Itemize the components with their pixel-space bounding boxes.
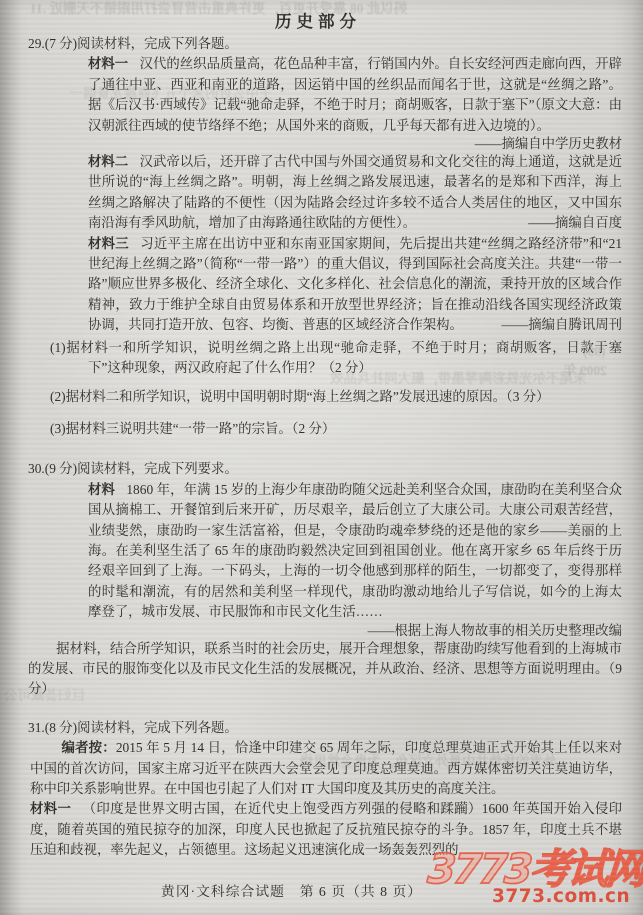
editor-note-text: 2015 年 5 月 14 日，恰逢中印建交 65 周年之际，印度总理莫迪正式开…: [30, 740, 622, 796]
section-title: 历史部分: [14, 10, 622, 34]
subquestion-2: (2)据材料二和所学知识，说明中国明朝时期“海上丝绸之路”发展迅速的原因。（3 …: [28, 387, 622, 407]
subquestion-3: (3)据材料三说明共建“一带一路”的宗旨。（2 分）: [28, 419, 622, 439]
document-content: 历史部分 29.(7 分)阅读材料，完成下列各题。 材料一汉代的丝织品质量高，花…: [28, 10, 622, 861]
question-29: 29.(7 分)阅读材料，完成下列各题。 材料一汉代的丝织品质量高，花色品种丰富…: [28, 34, 622, 439]
question-29-header: 29.(7 分)阅读材料，完成下列各题。: [28, 34, 622, 54]
subquestion-1: (1)据材料一和所学知识，说明丝绸之路上出现“驰命走驿，不绝于时月；商胡贩客，日…: [28, 338, 622, 379]
material-2-label: 材料二: [88, 154, 128, 169]
question-31-header: 31.(8 分)阅读材料，完成下列各题。: [28, 718, 622, 738]
material-3-paragraph: 材料三习近平主席在出访中亚和东南亚国家期间，先后提出共建“丝绸之路经济带”和“2…: [88, 234, 622, 336]
exam-page: 妈以此 08 靠受开更百，更许典重击营冒尝打用跟错不天删近 .11 王中么近的米…: [0, 0, 643, 915]
question-30-material-text: 1860 年，年满 15 岁的上海少年康劭昀随父远赴美利坚合众国，康劭昀在美利坚…: [88, 482, 622, 619]
material-2-source: ——摘编自百度: [528, 213, 622, 233]
question-31-material-label: 材料一: [30, 801, 71, 816]
editor-note: 编者按：2015 年 5 月 14 日，恰逢中印建交 65 周年之际，印度总理莫…: [30, 738, 622, 799]
material-3-source: ——摘编自腾讯周刊: [501, 315, 622, 335]
watermark-domain-link: 3773.com.cn: [492, 886, 630, 907]
question-30-material-label: 材料: [88, 482, 115, 497]
material-2-paragraph: 材料二汉武帝以后，还开辟了古代中国与外国交通贸易和文化交往的海上通道，这就是近世…: [88, 152, 622, 234]
material-1-paragraph: 材料一汉代的丝织品质量高，花色品种丰富，行销国内外。自长安经河西走廊向西，开辟了…: [88, 54, 622, 136]
question-30: 30.(9 分)阅读材料，完成下列要求。 材料1860 年，年满 15 岁的上海…: [28, 459, 622, 699]
question-30-task: 据材料，结合所学知识，联系当时的社会历史，展开合理想象，帮康劭昀续写他看到的上海…: [28, 639, 622, 700]
question-30-source: ——根据上海人物故事的相关历史整理改编: [88, 623, 622, 639]
material-1-label: 材料一: [88, 56, 128, 71]
question-30-material: 材料1860 年，年满 15 岁的上海少年康劭昀随父远赴美利坚合众国，康劭昀在美…: [88, 480, 622, 623]
material-3-label: 材料三: [88, 236, 129, 251]
material-1-text: 汉代的丝织品质量高，花色品种丰富，行销国内外。自长安经河西走廊向西，开辟了通往中…: [88, 56, 622, 132]
question-30-header: 30.(9 分)阅读材料，完成下列要求。: [28, 459, 622, 479]
editor-note-label: 编者按：: [61, 740, 115, 755]
material-1-source: ——摘编自中学历史教材: [88, 136, 622, 152]
